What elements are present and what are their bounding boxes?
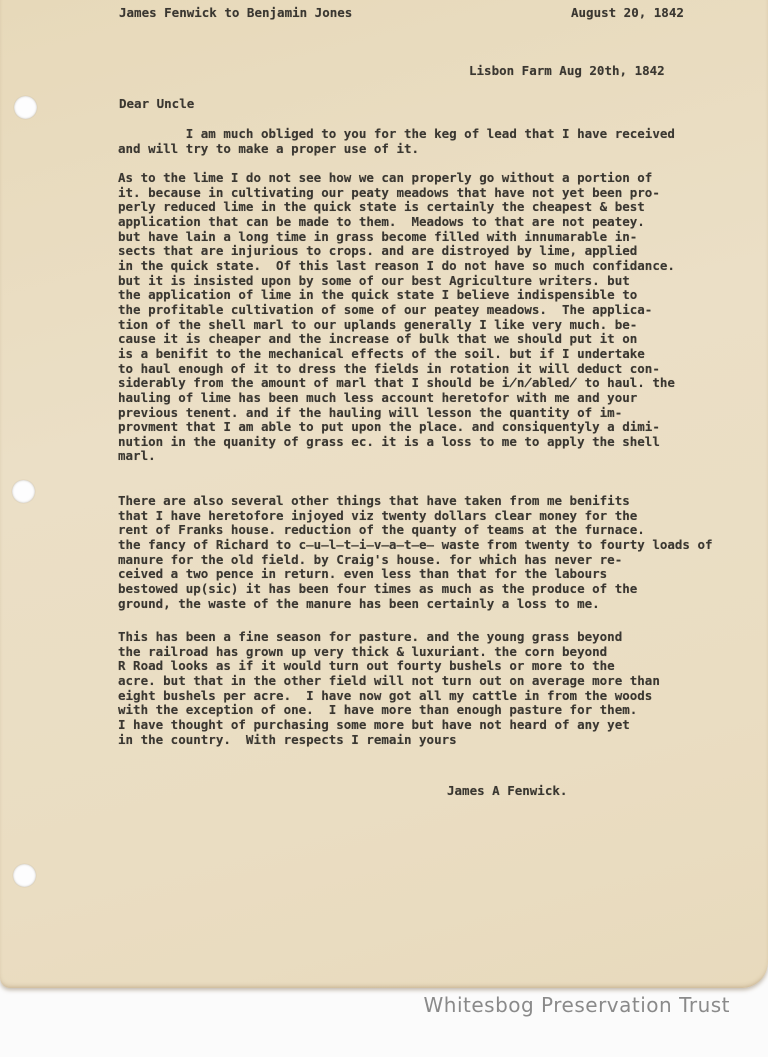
scan-background: James Fenwick to Benjamin Jones August 2… bbox=[0, 0, 768, 1057]
letter-page: James Fenwick to Benjamin Jones August 2… bbox=[0, 0, 768, 988]
paragraph-4: This has been a fine season for pasture.… bbox=[118, 630, 660, 747]
letter-title: James Fenwick to Benjamin Jones bbox=[119, 6, 352, 21]
paragraph-3: There are also several other things that… bbox=[118, 494, 713, 611]
hole-punch-top-icon bbox=[14, 96, 37, 119]
hole-punch-bottom-icon bbox=[13, 864, 36, 887]
letter-dateline: Lisbon Farm Aug 20th, 1842 bbox=[469, 64, 665, 79]
watermark-credit: Whitesbog Preservation Trust bbox=[424, 993, 731, 1017]
paragraph-1: I am much obliged to you for the keg of … bbox=[118, 127, 675, 156]
hole-punch-middle-icon bbox=[12, 480, 35, 503]
salutation: Dear Uncle bbox=[119, 97, 194, 112]
signature: James A Fenwick. bbox=[447, 784, 567, 799]
paragraph-2: As to the lime I do not see how we can p… bbox=[118, 171, 675, 464]
letter-header-date: August 20, 1842 bbox=[571, 6, 684, 21]
